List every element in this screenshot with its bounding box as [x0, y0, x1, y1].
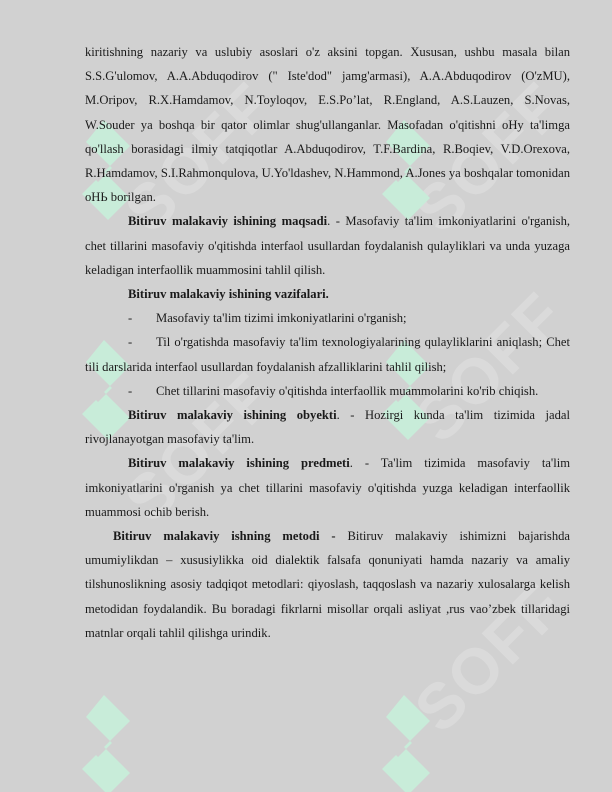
task-item: -Chet tillarini masofaviy o'qitishda int…: [85, 379, 570, 403]
object-heading: Bitiruv malakaviy ishining obyekti: [128, 408, 337, 422]
task-text: Chet tillarini masofaviy o'qitishda inte…: [156, 384, 538, 398]
goal-separator: . -: [327, 214, 345, 228]
method-text: Bitiruv malakaviy ishimizni bajarishda u…: [85, 529, 570, 640]
task-text: Til o'rgatishda masofaviy ta'lim texnolo…: [85, 335, 570, 373]
task-item: -Til o'rgatishda masofaviy ta'lim texnol…: [85, 330, 570, 378]
subject-separator: . -: [350, 456, 381, 470]
task-item: -Masofaviy ta'lim tizimi imkoniyatlarini…: [85, 306, 570, 330]
dash-bullet: -: [128, 379, 156, 403]
task-text: Masofaviy ta'lim tizimi imkoniyatlarini …: [156, 311, 407, 325]
goal-paragraph: Bitiruv malakaviy ishining maqsadi. - Ma…: [85, 209, 570, 282]
subject-paragraph: Bitiruv malakaviy ishining predmeti. - T…: [85, 451, 570, 524]
dash-bullet: -: [128, 306, 156, 330]
method-separator: -: [319, 529, 347, 543]
object-separator: . -: [337, 408, 365, 422]
intro-paragraph: kiritishning nazariy va uslubiy asoslari…: [85, 40, 570, 209]
tasks-heading: Bitiruv malakaviy ishining vazifalari.: [85, 282, 570, 306]
method-paragraph: Bitiruv malakaviy ishning metodi - Bitir…: [85, 524, 570, 645]
dash-bullet: -: [128, 330, 156, 354]
object-paragraph: Bitiruv malakaviy ishining obyekti. - Ho…: [85, 403, 570, 451]
soff-logo-icon: [82, 695, 140, 792]
document-body: kiritishning nazariy va uslubiy asoslari…: [85, 40, 570, 645]
subject-heading: Bitiruv malakaviy ishining predmeti: [128, 456, 350, 470]
goal-heading: Bitiruv malakaviy ishining maqsadi: [128, 214, 327, 228]
method-heading: Bitiruv malakaviy ishning metodi: [113, 529, 319, 543]
soff-logo-icon: [382, 695, 440, 792]
